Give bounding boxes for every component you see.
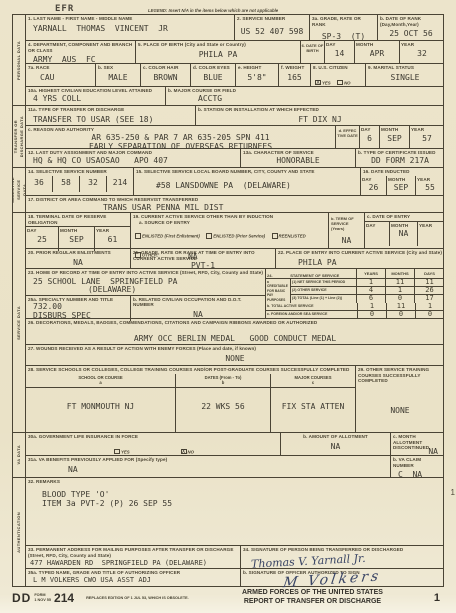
field-va-claim-number: b. VA CLAIM NUMBER C NA: [391, 456, 444, 477]
row-officer: 35a. TYPED NAME, GRADE AND TITLE OF AUTH…: [26, 569, 444, 586]
entry-year: YEAR: [418, 222, 444, 246]
field-current-active-service: 19. CURRENT ACTIVE SERVICE OTHER THAN BY…: [131, 213, 329, 248]
school-course-column: SCHOOL OR COURSEa FT MONMOUTH NJ: [26, 374, 176, 433]
section-sidebar: PERSONAL DATA TRANSFER OR DISCHARGE DATA…: [13, 15, 26, 586]
field-place-of-entry: 22. PLACE OF ENTRY INTO CURRENT ACTIVE S…: [276, 249, 444, 268]
field-va-benefits-applied: 31a. VA BENEFITS PREVIOUSLY APPLIED FOR …: [26, 456, 391, 477]
field-grade-rate-rank: 3a. GRADE, RATE OR RANK SP-3 (T): [310, 15, 378, 40]
field-height: e. HEIGHT5'8": [236, 64, 279, 86]
efr-stamp: EFR: [55, 4, 74, 14]
effective-month: MONTHSEP: [380, 126, 410, 148]
statement-number: 24.: [266, 271, 274, 278]
field-terminal-date-reserve: 18. TERMINAL DATE OF RESERVE OBLIGATION …: [26, 213, 131, 248]
dates-column: DATES (From - To)b 22 WKS 56: [176, 374, 271, 433]
field-term-of-service: b. TERM OF SERVICE (Years) NA: [329, 213, 365, 248]
form-content: 1. LAST NAME - FIRST NAME - MIDDLE NAME …: [26, 15, 444, 586]
row-prior-enlistments: 20. PRIOR REGULAR ENLISTMENTSNA 21. GRAD…: [26, 249, 444, 269]
field-wounds: 27. WOUNDS RECEIVED AS A RESULT OF ACTIO…: [26, 345, 444, 365]
field-home-of-record: 23. HOME OF RECORD AT TIME OF ENTRY INTO…: [26, 269, 265, 296]
replaces-note: REPLACES EDITION OF 1 JUL 53, WHICH IS O…: [86, 596, 191, 601]
terminal-day: DAY25: [26, 227, 59, 251]
field-date-of-entry: c. DATE OF ENTRY DAY MONTHNA YEAR: [365, 213, 444, 248]
record-specialty-block: 23. HOME OF RECORD AT TIME OF ENTRY INTO…: [26, 269, 266, 318]
row-service-schools: 28. SERVICE SCHOOLS OR COLLEGES, COLLEGE…: [26, 366, 444, 433]
field-date-of-birth-label: 6. DATE OF BIRTH: [301, 41, 325, 63]
insurance-no-checkbox: X: [181, 449, 187, 455]
field-reason-authority: c. REASON AND AUTHORITY AR 635-250 & PAR…: [26, 126, 336, 148]
field-effective-date: DAY6 MONTHSEP YEAR57: [360, 126, 444, 148]
row-decorations: 26. DECORATIONS, MEDALS, BADGES, COMMEND…: [26, 319, 444, 345]
row-remarks: 32. REMARKS BLOOD TYPE 'O' ITEM 3a PVT-2…: [26, 478, 444, 546]
form-body: PERSONAL DATA TRANSFER OR DISCHARGE DATA…: [12, 14, 444, 587]
ssn-part-3: 32: [80, 176, 107, 192]
statement-title: STATEMENT OF SERVICE: [274, 271, 356, 278]
ssn-part-2: 58: [53, 176, 80, 192]
reenlisted-checkbox: [272, 233, 278, 239]
dob-year: YEAR32: [400, 41, 444, 63]
field-related-civilian-occupation: b. RELATED CIVILIAN OCCUPATION AND D.O.T…: [131, 296, 265, 322]
legend-text: LEGEND: Insert N/A in the items below wh…: [148, 8, 278, 13]
inducted-month: MONTHSEP: [387, 176, 416, 195]
section-authentication: AUTHENTICATION: [13, 478, 25, 586]
row-last-duty: 12. LAST DUTY ASSIGNMENT AND MAJOR COMMA…: [26, 149, 444, 168]
section-selective-service-data: SELECTIVE SERVICE DATA: [13, 168, 25, 213]
field-authorizing-officer: 35a. TYPED NAME, GRADE AND TITLE OF AUTH…: [26, 569, 241, 586]
statement-row-other-service: (2) OTHER SERVICE 4 1 26: [291, 287, 444, 295]
row-record-statement: 23. HOME OF RECORD AT TIME OF ENTRY INTO…: [26, 269, 444, 319]
scanned-dd214-document: EFR LEGEND: Insert N/A in the items belo…: [0, 0, 456, 613]
field-other-service-training: 29. OTHER SERVICE TRAINING COURSES SUCCE…: [356, 366, 444, 432]
dob-day: DAY14: [325, 41, 355, 63]
field-service-number: 2. SERVICE NUMBER US 52 407 598: [235, 15, 310, 40]
field-us-citizen: 8. U.S. CITIZEN XYES NO: [311, 64, 366, 86]
field-marital-status: 9. MARITAL STATUSSINGLE: [366, 64, 444, 86]
field-sex: b. SEXMALE: [96, 64, 141, 86]
field-govt-life-insurance: 30a. GOVERNMENT LIFE INSURANCE IN FORCE …: [26, 433, 281, 455]
enlisted-first-checkbox: [135, 233, 141, 239]
col-days: DAYS: [415, 269, 444, 278]
statement-row-total: (3) TOTAL (Line (1) + Line (2)) 6 0 17: [291, 295, 444, 303]
entry-day: DAY: [365, 222, 390, 246]
effective-day: DAY6: [360, 126, 380, 148]
row-wounds: 27. WOUNDS RECEIVED AS A RESULT OF ACTIO…: [26, 345, 444, 366]
statement-row-net-service: (1) NET SERVICE THIS PERIOD 1 11 11: [291, 279, 444, 287]
field-station-effected: b. STATION OR INSTALLATION AT WHICH EFFE…: [196, 106, 444, 125]
section-va-data: VA DATA: [13, 433, 25, 478]
dob-month: MONTHAPR: [355, 41, 400, 63]
row-va-benefits: 31a. VA BENEFITS PREVIOUSLY APPLIED FOR …: [26, 456, 444, 478]
field-selective-service-number: 14. SELECTIVE SERVICE NUMBER 36 58 32 21…: [26, 168, 134, 195]
statement-group-label: a CREDITABLE FOR BASIC PAY PURPOSES: [266, 279, 291, 303]
field-color-eyes: d. COLOR EYESBLUE: [191, 64, 236, 86]
terminal-month: MONTHSEP: [59, 227, 95, 251]
inducted-day: DAY26: [361, 176, 387, 195]
field-weight: f. WEIGHT165: [279, 64, 311, 86]
insurance-yes-checkbox: [114, 449, 120, 455]
statement-row-total-active: b. TOTAL ACTIVE SERVICE 1 11 1: [266, 303, 444, 311]
section-transfer-data: TRANSFER OR DISCHARGE DATA: [13, 106, 25, 168]
section-personal-data: PERSONAL DATA: [13, 15, 25, 106]
field-effective-date-label: d. EFFEC TIVE DATE: [336, 126, 360, 148]
form-title: ARMED FORCES OF THE UNITED STATESREPORT …: [191, 589, 434, 607]
field-specialty-number: 25a. SPECIALTY NUMBER AND TITLE 732.00 D…: [26, 296, 131, 322]
major-courses-column: MAJOR COURSESc FIX STA ATTEN: [271, 374, 355, 433]
field-department-branch: 4. DEPARTMENT, COMPONENT AND BRANCH OR C…: [26, 41, 136, 63]
field-month-allotment-discontinued: c. MONTH ALLOTMENT DISCONTINUED NA: [391, 433, 444, 455]
field-service-schools: 28. SERVICE SCHOOLS OR COLLEGES, COLLEGE…: [26, 366, 356, 432]
field-education-level: 10a. HIGHEST CIVILIAN EDUCATION LEVEL AT…: [26, 87, 166, 105]
field-local-board: 15. SELECTIVE SERVICE LOCAL BOARD NUMBER…: [134, 168, 361, 195]
row-district-command: 17. DISTRICT OR AREA COMMAND TO WHICH RE…: [26, 196, 444, 213]
citizen-yes-checkbox: X: [315, 80, 321, 86]
field-date-of-rank: b. DATE OF RANK (Day,Month,Year) 25 OCT …: [378, 15, 444, 40]
row-name-service-grade: 1. LAST NAME - FIRST NAME - MIDDLE NAME …: [26, 15, 444, 41]
col-years: YEARS: [357, 269, 386, 278]
dd-mark: DD: [12, 591, 31, 605]
effective-year: YEAR57: [410, 126, 444, 148]
ssn-part-4: 214: [107, 176, 133, 192]
form-number: 214: [54, 591, 74, 605]
inducted-year: YEAR55: [416, 176, 444, 195]
field-permanent-address: 33. PERMANENT ADDRESS FOR MAILING PURPOS…: [26, 546, 241, 568]
page-number: 1: [434, 592, 440, 604]
field-color-hair: c. COLOR HAIRBROWN: [141, 64, 191, 86]
statement-row-foreign-sea: c. FOREIGN AND/OR SEA SERVICE 0 0 0: [266, 311, 444, 319]
field-major-course: b. MAJOR COURSE OR FIELDACCTG: [166, 87, 444, 105]
field-prior-enlistments: 20. PRIOR REGULAR ENLISTMENTSNA: [26, 249, 131, 268]
row-reserve-obligation: 18. TERMINAL DATE OF RESERVE OBLIGATION …: [26, 213, 444, 249]
field-race: 7a. RACECAU: [26, 64, 96, 86]
field-remarks: 32. REMARKS BLOOD TYPE 'O' ITEM 3a PVT-2…: [26, 478, 444, 545]
terminal-year: YEAR61: [95, 227, 130, 251]
col-months: MONTHS: [386, 269, 415, 278]
row-selective-service: 14. SELECTIVE SERVICE NUMBER 36 58 32 21…: [26, 168, 444, 196]
citizen-no-checkbox: [337, 80, 343, 86]
field-type-of-transfer: 11a. TYPE OF TRANSFER OR DISCHARGETRANSF…: [26, 106, 196, 125]
field-date-of-birth: DAY14 MONTHAPR YEAR32: [325, 41, 444, 63]
row-physical: 7a. RACECAU b. SEXMALE c. COLOR HAIRBROW…: [26, 64, 444, 87]
field-statement-of-service: 24. STATEMENT OF SERVICE YEARS MONTHS DA…: [266, 269, 444, 318]
field-district-command: 17. DISTRICT OR AREA COMMAND TO WHICH RE…: [26, 196, 444, 212]
entry-month: MONTHNA: [390, 222, 418, 246]
row-reason-authority: c. REASON AND AUTHORITY AR 635-250 & PAR…: [26, 126, 444, 149]
row-transfer-type: 11a. TYPE OF TRANSFER OR DISCHARGETRANSF…: [26, 106, 444, 126]
row-mailing-signature: 33. PERMANENT ADDRESS FOR MAILING PURPOS…: [26, 546, 444, 569]
enlisted-prior-checkbox: [206, 233, 212, 239]
field-character-of-service: 13a. CHARACTER OF SERVICEHONORABLE: [241, 149, 356, 167]
row-education: 10a. HIGHEST CIVILIAN EDUCATION LEVEL AT…: [26, 87, 444, 106]
field-place-of-birth: 5. PLACE OF BIRTH (City and State or Cou…: [136, 41, 301, 63]
field-member-signature: 34. SIGNATURE OF PERSON BEING TRANSFERRE…: [241, 546, 444, 568]
field-amount-of-allotment: b. AMOUNT OF ALLOTMENT NA: [281, 433, 391, 455]
field-last-duty-assignment: 12. LAST DUTY ASSIGNMENT AND MAJOR COMMA…: [26, 149, 241, 167]
field-officer-signature: b. SIGNATURE OF OFFICER AUTHORIZED TO SI…: [241, 569, 444, 586]
field-type-of-certificate: b. TYPE OF CERTIFICATE ISSUEDDD FORM 217…: [356, 149, 444, 167]
row-life-insurance: 30a. GOVERNMENT LIFE INSURANCE IN FORCE …: [26, 433, 444, 456]
side-page-number: 1: [451, 488, 455, 497]
field-decorations-medals: 26. DECORATIONS, MEDALS, BADGES, COMMEND…: [26, 319, 444, 344]
row-dept-birth: 4. DEPARTMENT, COMPONENT AND BRANCH OR C…: [26, 41, 444, 64]
field-grade-at-entry: 21. GRADE, RATE OR RANK AT TIME OF ENTRY…: [131, 249, 276, 268]
field-last-name: 1. LAST NAME - FIRST NAME - MIDDLE NAME …: [26, 15, 235, 40]
form-footer: DD FORM1 NOV 55 214 REPLACES EDITION OF …: [12, 588, 444, 608]
ssn-part-1: 36: [26, 176, 53, 192]
field-date-inducted: 16. DATE INDUCTED DAY26 MONTHSEP YEAR55: [361, 168, 444, 195]
section-service-data: SERVICE DATA: [13, 213, 25, 433]
